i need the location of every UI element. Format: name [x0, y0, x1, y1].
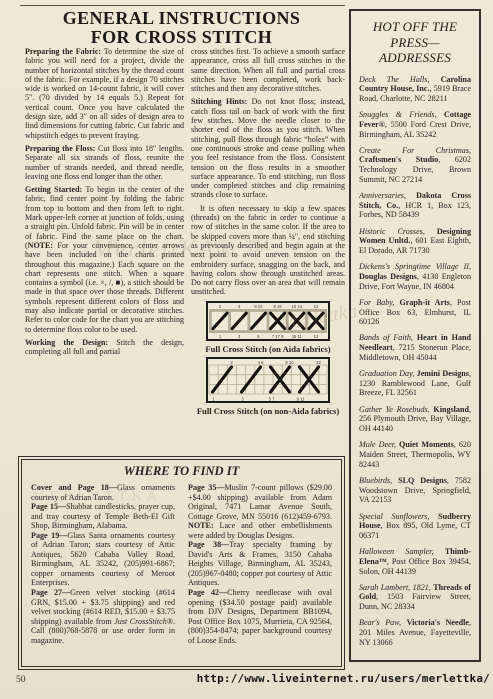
note-label: NOTE:: [188, 521, 214, 530]
stitch-number: 12: [314, 304, 319, 309]
design-title: Create For Christmas,: [359, 146, 471, 155]
para-lead: Getting Started:: [25, 185, 82, 194]
hot-off-press-box: HOT OFF THE PRESS—ADDRESSES Deck The Hal…: [349, 9, 481, 662]
sidebar-title-line2: PRESS—ADDRESSES: [359, 35, 471, 66]
company-address: , 1503 Fairview Street, Dunn, NC 28334: [359, 592, 471, 611]
where-column-left: Cover and Page 18—Glass ornaments courte…: [31, 483, 175, 645]
figure-caption-non-aida: Full Cross Stitch (on non-Aida fabrics): [191, 406, 345, 416]
article-title-line2: FOR CROSS STITCH: [18, 28, 345, 47]
page-ref: Page 15—: [31, 502, 66, 511]
design-title: Graduation Day,: [359, 369, 417, 378]
company-name: Douglas Designs: [359, 272, 417, 281]
design-title: For Baby,: [359, 298, 399, 307]
para-lead: Preparing the Fabric:: [25, 47, 101, 56]
design-title: Special Sunflowers,: [359, 512, 438, 521]
address-entry: Create For Christmas, Craftsmen's Studio…: [359, 146, 471, 185]
design-title: Sarah Lambert, 1821,: [359, 583, 433, 592]
where-column-right: Page 35—Muslin 7-count pillows ($29.00 +…: [188, 483, 332, 645]
magazine-page: GENERAL INSTRUCTIONS FOR CROSS STITCH Pr…: [0, 0, 493, 699]
para-text: For your convenience, center arrows have…: [25, 241, 184, 334]
where-to-find-it-inner: WHERE TO FIND IT Cover and Page 18—Glass…: [21, 459, 342, 667]
design-title: Bluebirds,: [359, 476, 398, 485]
stitch-number: 10 14: [292, 304, 303, 309]
page-ref: Page 38—: [188, 540, 229, 549]
cross-stitch-non-aida-diagram-icon: 2 4 6 8 10 12 1 3 5 7 9 11: [206, 357, 330, 403]
company-name: Kingsland: [433, 405, 469, 414]
where-entry: Page 15—Shabbat candlesticks, prayer cup…: [31, 502, 175, 531]
article-column-middle: cross stitches first. To achieve a smoot…: [191, 47, 345, 419]
para-skip-spaces: It is often necessary to skip a few spac…: [191, 204, 345, 297]
para-lead: Preparing the Floss:: [25, 144, 95, 153]
address-entry: Deck The Halls, Carolina Country House, …: [359, 75, 471, 104]
design-title: Mule Deer,: [359, 440, 399, 449]
page-ref: Page 27—: [31, 588, 70, 597]
para-lead: Working the Design:: [25, 338, 108, 347]
address-entry: Snuggles & Friends, Cottage Fever®, 5500…: [359, 110, 471, 139]
design-title: Anniversaries,: [359, 191, 416, 200]
sidebar-title-line1: HOT OFF THE: [359, 19, 471, 35]
where-entry: Page 35—Muslin 7-count pillows ($29.00 +…: [188, 483, 332, 540]
address-entry: For Baby, Graph-it Arts, Post Office Box…: [359, 298, 471, 327]
page-ref: Page 35—: [188, 483, 225, 492]
magazine-name: Just CrossStitch®: [114, 617, 173, 626]
design-title: Halloween Sampler,: [359, 547, 445, 556]
figure-caption-aida: Full Cross Stitch (on Aida fabrics): [191, 344, 345, 354]
company-name: Craftsmen's Studio: [359, 155, 438, 164]
company-name: Victoria's Needle: [407, 618, 469, 627]
stitch-number: 13: [314, 334, 319, 339]
company-name: SLQ Designs: [398, 476, 447, 485]
address-entry: Bluebirds, SLQ Designs, 7582 Woodstown D…: [359, 476, 471, 505]
design-title: Bear's Paw,: [359, 618, 407, 627]
address-entry: Sarah Lambert, 1821, Threads of Gold, 15…: [359, 583, 471, 612]
para-text: Do not knot floss; instead, catch floss …: [191, 97, 345, 199]
where-entry: Cover and Page 18—Glass ornaments courte…: [31, 483, 175, 502]
figure-aida-diagram: 2 4 6 10 8 16 10 14 12 1 3 5 7 17 9 15 1…: [191, 301, 345, 354]
page-number: 50: [16, 675, 26, 685]
article-column-left: Preparing the Fabric: To determine the s…: [25, 47, 184, 361]
stitch-number: 8 10: [285, 360, 294, 365]
page-ref: Page 19—: [31, 531, 67, 540]
stitch-number: 9 11: [297, 397, 306, 402]
design-title: Bands of Faith,: [359, 333, 417, 342]
sidebar-title: HOT OFF THE PRESS—ADDRESSES: [359, 19, 471, 66]
stitch-number: 8 16: [274, 304, 283, 309]
note-label: NOTE:: [28, 241, 53, 250]
stitch-number: 4 6: [258, 360, 264, 365]
stitch-number: 5 7: [269, 397, 275, 402]
where-to-find-it-box: WHERE TO FIND IT Cover and Page 18—Glass…: [18, 456, 345, 670]
para-lead: Stitching Hints:: [191, 97, 247, 106]
stitch-number: 6 10: [254, 304, 263, 309]
where-entry: Page 38—Tray specialty framing by David'…: [188, 540, 332, 588]
page-ref: Cover and Page 18—: [31, 483, 117, 492]
top-rule: [20, 5, 345, 6]
design-title: Dickens's Springtime Village II,: [359, 262, 471, 271]
stitch-number: 7 17 9: [272, 334, 284, 339]
stitch-number: 12: [316, 360, 321, 365]
cross-stitch-aida-diagram-icon: 2 4 6 10 8 16 10 14 12 1 3 5 7 17 9 15 1…: [206, 301, 330, 341]
address-entry: Special Sunflowers, Sudberry House, Box …: [359, 512, 471, 541]
where-columns: Cover and Page 18—Glass ornaments courte…: [31, 483, 332, 645]
address-entry: Bands of Faith, Heart in Hand Needleart,…: [359, 333, 471, 362]
article-title-line1: GENERAL INSTRUCTIONS: [18, 9, 345, 28]
stitch-number: 15 11: [292, 334, 303, 339]
where-title: WHERE TO FIND IT: [31, 464, 332, 479]
where-entry: Page 19—Glass Santa ornaments courtesy o…: [31, 531, 175, 588]
address-entry: Dickens's Springtime Village II, Douglas…: [359, 262, 471, 291]
design-title: Gather Ye Rosebuds,: [359, 405, 433, 414]
address-entry: Historic Crosses, Designing Women Unltd.…: [359, 227, 471, 256]
address-entry: Mule Deer, Quiet Moments, 620 Maiden Str…: [359, 440, 471, 469]
company-name: Graph-it Arts: [399, 298, 449, 307]
url-watermark: http://www.liveinternet.ru/users/merlett…: [197, 672, 490, 685]
article-title: GENERAL INSTRUCTIONS FOR CROSS STITCH: [18, 9, 345, 46]
para-stitching-hints: Stitching Hints: Do not knot floss; inst…: [191, 97, 345, 199]
figure-non-aida-diagram: 2 4 6 8 10 12 1 3 5 7 9 11 Full Cross St…: [191, 357, 345, 416]
design-title: Historic Crosses,: [359, 227, 437, 236]
where-entry: Page 42—Cherry needlecase with oval open…: [188, 588, 332, 645]
design-title: Snuggles & Friends,: [359, 110, 444, 119]
address-entry: Gather Ye Rosebuds, Kingsland, 256 Plymo…: [359, 405, 471, 434]
address-entry: Graduation Day, Jemini Designs, 1230 Ram…: [359, 369, 471, 398]
address-entry: Anniversaries, Dakota Cross Stitch, Co.,…: [359, 191, 471, 220]
company-name: Jemini Designs: [417, 369, 469, 378]
para-text: To determine the size of fabric you will…: [25, 47, 184, 140]
para-preparing-floss: Preparing the Floss: Cut floss into 18" …: [25, 144, 184, 181]
page-ref: Page 42—: [188, 588, 227, 597]
design-title: Deck The Halls,: [359, 75, 441, 84]
para-working-design: Working the Design: Stitch the design, c…: [25, 338, 184, 357]
where-entry: Page 27—Green velvet stocking (#614 GRN,…: [31, 588, 175, 645]
para-continuation: cross stitches first. To achieve a smoot…: [191, 47, 345, 93]
para-getting-started: Getting Started: To begin in the center …: [25, 185, 184, 334]
address-entry: Halloween Sampler, Thimb-Elena™, Post Of…: [359, 547, 471, 576]
address-entry: Bear's Paw, Victoria's Needle, 201 Miles…: [359, 618, 471, 647]
company-name: Quiet Moments: [399, 440, 454, 449]
para-preparing-fabric: Preparing the Fabric: To determine the s…: [25, 47, 184, 140]
